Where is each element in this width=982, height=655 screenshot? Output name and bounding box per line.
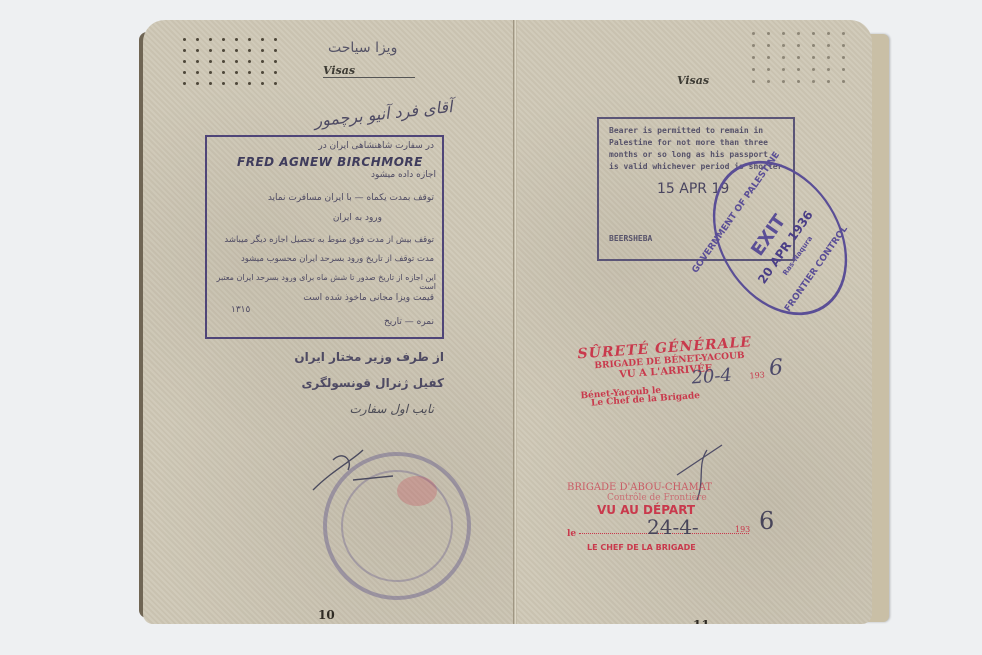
page-10: ویزا سیاحت Visas آقای فرد آنیو برچمور در…	[143, 20, 514, 624]
visa-line: توقف بیش از مدت فوق منوط به تحصیل اجازه …	[224, 235, 434, 245]
surete-handwritten-date: 20-4	[691, 365, 733, 389]
depart-line-3: VU AU DÉPART	[597, 503, 827, 517]
visa-year: ١٣١٥	[231, 305, 250, 315]
visa-line: اجازه داده میشود	[371, 170, 436, 180]
iran-visa-stamp: در سفارت شاهنشاهی ایران در FRED AGNEW BI…	[205, 135, 444, 339]
signature	[293, 430, 403, 510]
consular-line-2: کفیل ژنرال قونسولگری	[301, 376, 444, 390]
perforation-holes	[752, 32, 845, 83]
visa-line: قیمت ویزا مجانی ماخوذ شده است	[303, 293, 434, 303]
depart-stamp: BRIGADE D'ABOU-CHAMAT Contrôle de Fronti…	[567, 482, 827, 552]
surete-year-hand: 6	[768, 355, 784, 381]
visa-line: ورود به ایران	[333, 213, 382, 223]
surete-year: 193	[749, 370, 765, 380]
depart-handwritten-date: 24-4-	[647, 515, 699, 539]
surete-arrival-stamp: SÛRETÉ GÉNÉRALE BRIGADE DE BÉNET-YACOUB …	[577, 330, 821, 410]
passport-holder-name: FRED AGNEW BIRCHMORE	[237, 155, 423, 169]
visa-line: نمره — تاریخ	[384, 317, 434, 327]
consular-line-1: از طرف وزیر مختار ایران	[294, 350, 444, 364]
page-number-10: 10	[318, 608, 335, 622]
visa-line: در سفارت شاهنشاهی ایران در	[318, 141, 434, 151]
passport-book: ویزا سیاحت Visas آقای فرد آنیو برچمور در…	[143, 20, 888, 640]
visa-line: مدت توقف از تاریخ ورود بسرحد ایران محسوب…	[241, 254, 434, 264]
depart-line-2: Contrôle de Frontière	[607, 493, 827, 503]
depart-line-1: BRIGADE D'ABOU-CHAMAT	[567, 482, 827, 493]
page-number-11: 11	[693, 618, 710, 624]
header-visas: Visas	[677, 74, 709, 87]
depart-year-hand: 6	[759, 507, 774, 535]
page-11: Visas Bearer is permitted to remain in P…	[517, 20, 872, 624]
visa-line: توقف بمدت یکماه — با ایران مسافرت نماید	[268, 193, 434, 203]
depart-date-row: le 24-4- 193 6	[567, 521, 827, 541]
header-persian: ویزا سیاحت	[328, 40, 397, 56]
consular-line-3: نایب اول سفارت	[350, 402, 434, 416]
depart-line-4: LE CHEF DE LA BRIGADE	[587, 543, 827, 552]
depart-prefix: le	[567, 529, 576, 539]
header-visas: Visas	[323, 64, 415, 78]
perforation-holes	[183, 38, 277, 85]
visa-line: این اجازه از تاریخ صدور تا شش ماه برای و…	[207, 273, 436, 291]
depart-year: 193	[735, 525, 750, 534]
entry-place: BEERSHEBA	[609, 234, 652, 243]
